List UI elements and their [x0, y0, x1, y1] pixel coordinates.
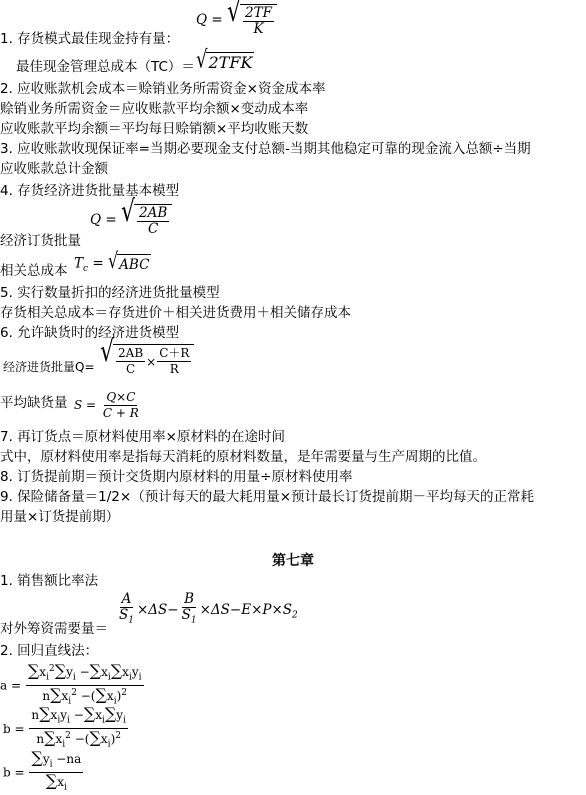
item5-title: 5. 实行数量折扣的经济进货批量模型: [0, 284, 220, 302]
item4-title: 4. 存货经济进货批量基本模型: [0, 182, 179, 200]
item1b-label: 最佳现金管理总成本（TC）＝: [16, 58, 195, 76]
ch7-item1-label: 对外筹资需要量＝: [0, 620, 108, 638]
ch7-item1-title: 1. 销售额比率法: [0, 572, 98, 590]
item2-line2: 赊销业务所需资金＝应收账款平均余额×变动成本率: [0, 100, 308, 118]
numerator: 2TF: [243, 6, 274, 22]
item2-line3: 应收账款平均余额＝平均每日赊销额×平均收账天数: [0, 120, 308, 138]
formula-a: a = ∑xi2∑yi −∑xi∑xiyi n∑xi2 −(∑xi)2: [0, 662, 145, 710]
item2-line1: 2. 应收账款机会成本＝赊销业务所需资金×资金成本率: [0, 80, 325, 98]
item3-line2: 应收账款总计金额: [0, 160, 108, 178]
ch7-item1-formula: AS1×ΔS−BS1×ΔS−E×P×S2: [116, 592, 298, 629]
item7-line1: 7. 再订货点＝原材料使用率×原材料的在途时间: [0, 428, 285, 446]
item6-short-formula: S = Q×CC + R: [74, 390, 142, 421]
formula-b1: b = n∑xiyi −∑xi∑yi n∑xi2 −(∑xi)2: [3, 706, 129, 753]
item4-eoq-formula: Q = √ 2AB C: [90, 204, 172, 237]
item1-formula: Q = √ 2TF K: [196, 4, 277, 37]
sqrt: √ 2TF K: [227, 4, 277, 37]
item6-short-label: 平均缺货量: [0, 394, 68, 412]
formula-b2: b = ∑yi −na ∑xi: [3, 750, 84, 795]
item4-tc-label: 相关总成本: [0, 262, 68, 280]
item1b-formula: √2TFK: [196, 52, 254, 72]
item7-line2: 式中，原材料使用率是指每天消耗的原材料数量，是年需要量与生产周期的比值。: [0, 448, 486, 466]
item1-label: 1. 存货模式最佳现金持有量：: [0, 30, 179, 48]
chapter-heading: 第七章: [0, 550, 586, 570]
radicand: 2TFK: [206, 52, 254, 72]
item5-line: 存货相关总成本＝存货进价＋相关进货费用＋相关储存成本: [0, 304, 351, 322]
item4-tc-formula: Tc = √ABC: [74, 254, 151, 278]
item6-eoq-formula: √ 2ABC × C＋RR: [100, 344, 194, 377]
denominator: K: [251, 22, 265, 37]
item4-eoq-label: 经济订货批量: [0, 232, 81, 250]
item3-line1: 3. 应收账款收现保证率=当期必要现金支付总额-当期其他稳定可靠的现金流入总额÷…: [0, 140, 531, 158]
item6-title: 6. 允许缺货时的经济进货模型: [0, 324, 179, 342]
formula-lhs: Q =: [196, 12, 223, 28]
item9-line1: 9. 保险储备量＝1/2×（预计每天的最大耗用量×预计最长订货提前期－平均每天的…: [0, 488, 534, 506]
item6-eoq-label: 经济进货批量Q=: [3, 358, 95, 376]
ch7-item2-title: 2. 回归直线法：: [0, 642, 98, 660]
item9-line2: 用量×订货提前期）: [0, 508, 119, 526]
item8-line: 8. 订货提前期＝预计交货期内原材料的用量÷原材料使用率: [0, 468, 352, 486]
